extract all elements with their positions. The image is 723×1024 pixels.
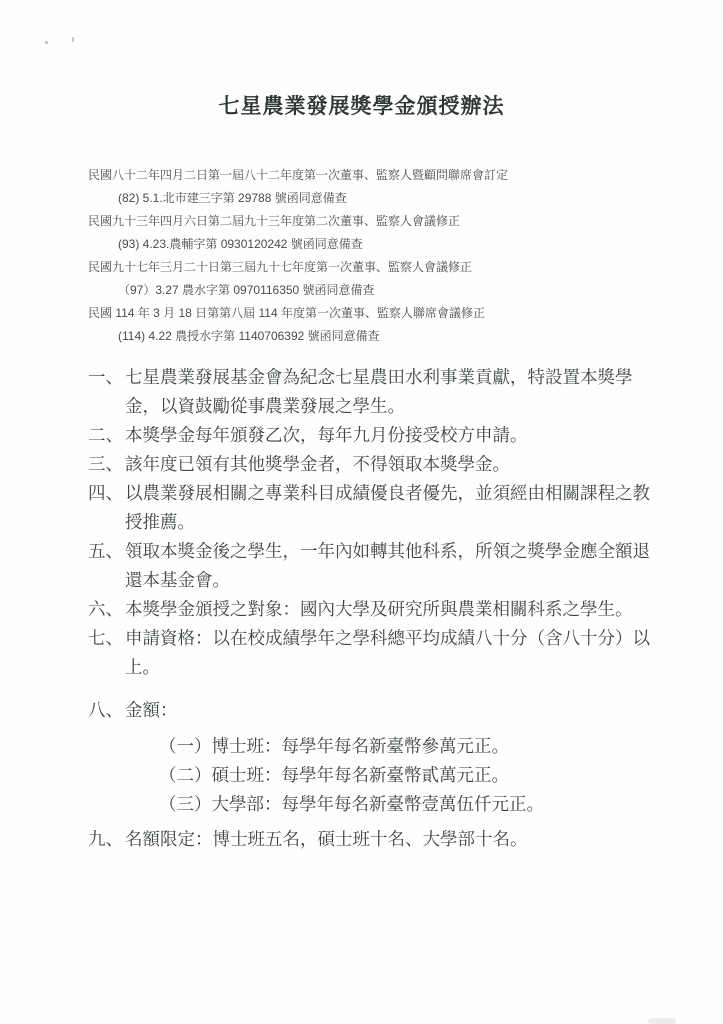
revision-meeting-line: 民國 114 年 3 月 18 日第第八屆 114 年度第一次董事、監察人聯席會…: [88, 302, 663, 325]
article-8-sub-items: （一）博士班：每學年每名新臺幣參萬元正。 （二）碩士班：每學年每名新臺幣貳萬元正…: [125, 732, 653, 819]
article-6: 六、 本獎學金頒授之對象：國內大學及研究所與農業相關科系之學生。: [88, 595, 653, 624]
article-text-line: 本獎學金頒授之對象：國內大學及研究所與農業相關科系之學生。: [125, 595, 653, 624]
article-3: 三、 該年度已領有其他獎學金者，不得領取本獎學金。: [88, 450, 653, 479]
sub-item-doctoral: （一）博士班：每學年每名新臺幣參萬元正。: [159, 732, 653, 761]
article-7: 七、 申請資格：以在校成績學年之學科總平均成績八十分（含八十分）以 上。: [88, 624, 653, 682]
article-number: 七、: [88, 624, 123, 653]
article-text-line: 授推薦。: [125, 508, 653, 537]
sub-item-undergraduate: （三）大學部：每學年每名新臺幣壹萬伍仟元正。: [159, 790, 653, 819]
article-1: 一、 七星農業發展基金會為紀念七星農田水利事業貢獻，特設置本獎學 金，以資鼓勵從…: [88, 363, 653, 421]
article-5: 五、 領取本獎金後之學生，一年內如轉其他科系，所領之獎學金應全額退 還本基金會。: [88, 537, 653, 595]
article-number: 六、: [88, 595, 123, 624]
article-number: 一、: [88, 363, 123, 392]
revision-meeting-line: 民國九十三年四月六日第二屆九十三年度第二次董事、監察人會議修正: [88, 210, 663, 233]
revision-approval-line: (114) 4.22 農授水字第 1140706392 號函同意備查: [88, 325, 663, 348]
sub-item-masters: （二）碩士班：每學年每名新臺幣貳萬元正。: [159, 761, 653, 790]
article-text-line: 本獎學金每年頒發乙次，每年九月份接受校方申請。: [125, 421, 653, 450]
article-number: 二、: [88, 421, 123, 450]
article-9: 九、 名額限定：博士班五名，碩士班十名、大學部十名。: [88, 825, 653, 854]
article-text-line: 金額：: [125, 696, 653, 725]
revision-approval-line: (93) 4.23.農輔字第 0930120242 號函同意備查: [88, 233, 663, 256]
revision-meeting-line: 民國九十七年三月二十日第三屆九十七年度第一次董事、監察人會議修正: [88, 256, 663, 279]
scan-speck: [45, 41, 48, 44]
article-2: 二、 本獎學金每年頒發乙次，每年九月份接受校方申請。: [88, 421, 653, 450]
articles-list: 一、 七星農業發展基金會為紀念七星農田水利事業貢獻，特設置本獎學 金，以資鼓勵從…: [88, 363, 653, 854]
document-page: 七星農業發展獎學金頒授辦法 民國八十二年四月二日第一屆八十二年度第一次董事、監察…: [0, 0, 723, 1024]
article-text-line: 上。: [125, 653, 653, 682]
article-text-line: 還本基金會。: [125, 566, 653, 595]
scan-speck: [72, 37, 74, 42]
revision-approval-line: （97）3.27 農水字第 0970116350 號函同意備查: [88, 279, 663, 302]
revision-meeting-line: 民國八十二年四月二日第一屆八十二年度第一次董事、監察人暨顧問聯席會訂定: [88, 164, 663, 187]
revision-approval-line: (82) 5.1.北市建三字第 29788 號函同意備查: [88, 187, 663, 210]
article-text-line: 該年度已領有其他獎學金者，不得領取本獎學金。: [125, 450, 653, 479]
scan-smudge: [648, 1018, 676, 1024]
article-text-line: 金，以資鼓勵從事農業發展之學生。: [125, 392, 653, 421]
article-number: 九、: [88, 825, 123, 854]
article-number: 四、: [88, 479, 123, 508]
article-number: 五、: [88, 537, 123, 566]
revision-history: 民國八十二年四月二日第一屆八十二年度第一次董事、監察人暨顧問聯席會訂定 (82)…: [88, 164, 663, 348]
article-text-line: 申請資格：以在校成績學年之學科總平均成績八十分（含八十分）以: [125, 624, 653, 653]
article-number: 八、: [88, 696, 123, 725]
document-title: 七星農業發展獎學金頒授辦法: [0, 0, 723, 120]
article-8: 八、 金額： （一）博士班：每學年每名新臺幣參萬元正。 （二）碩士班：每學年每名…: [88, 696, 653, 819]
article-text-line: 以農業發展相關之專業科目成績優良者優先，並須經由相關課程之教: [125, 479, 653, 508]
article-4: 四、 以農業發展相關之專業科目成績優良者優先，並須經由相關課程之教 授推薦。: [88, 479, 653, 537]
article-number: 三、: [88, 450, 123, 479]
article-text-line: 名額限定：博士班五名，碩士班十名、大學部十名。: [125, 825, 653, 854]
article-text-line: 七星農業發展基金會為紀念七星農田水利事業貢獻，特設置本獎學: [125, 363, 653, 392]
article-text-line: 領取本獎金後之學生，一年內如轉其他科系，所領之獎學金應全額退: [125, 537, 653, 566]
